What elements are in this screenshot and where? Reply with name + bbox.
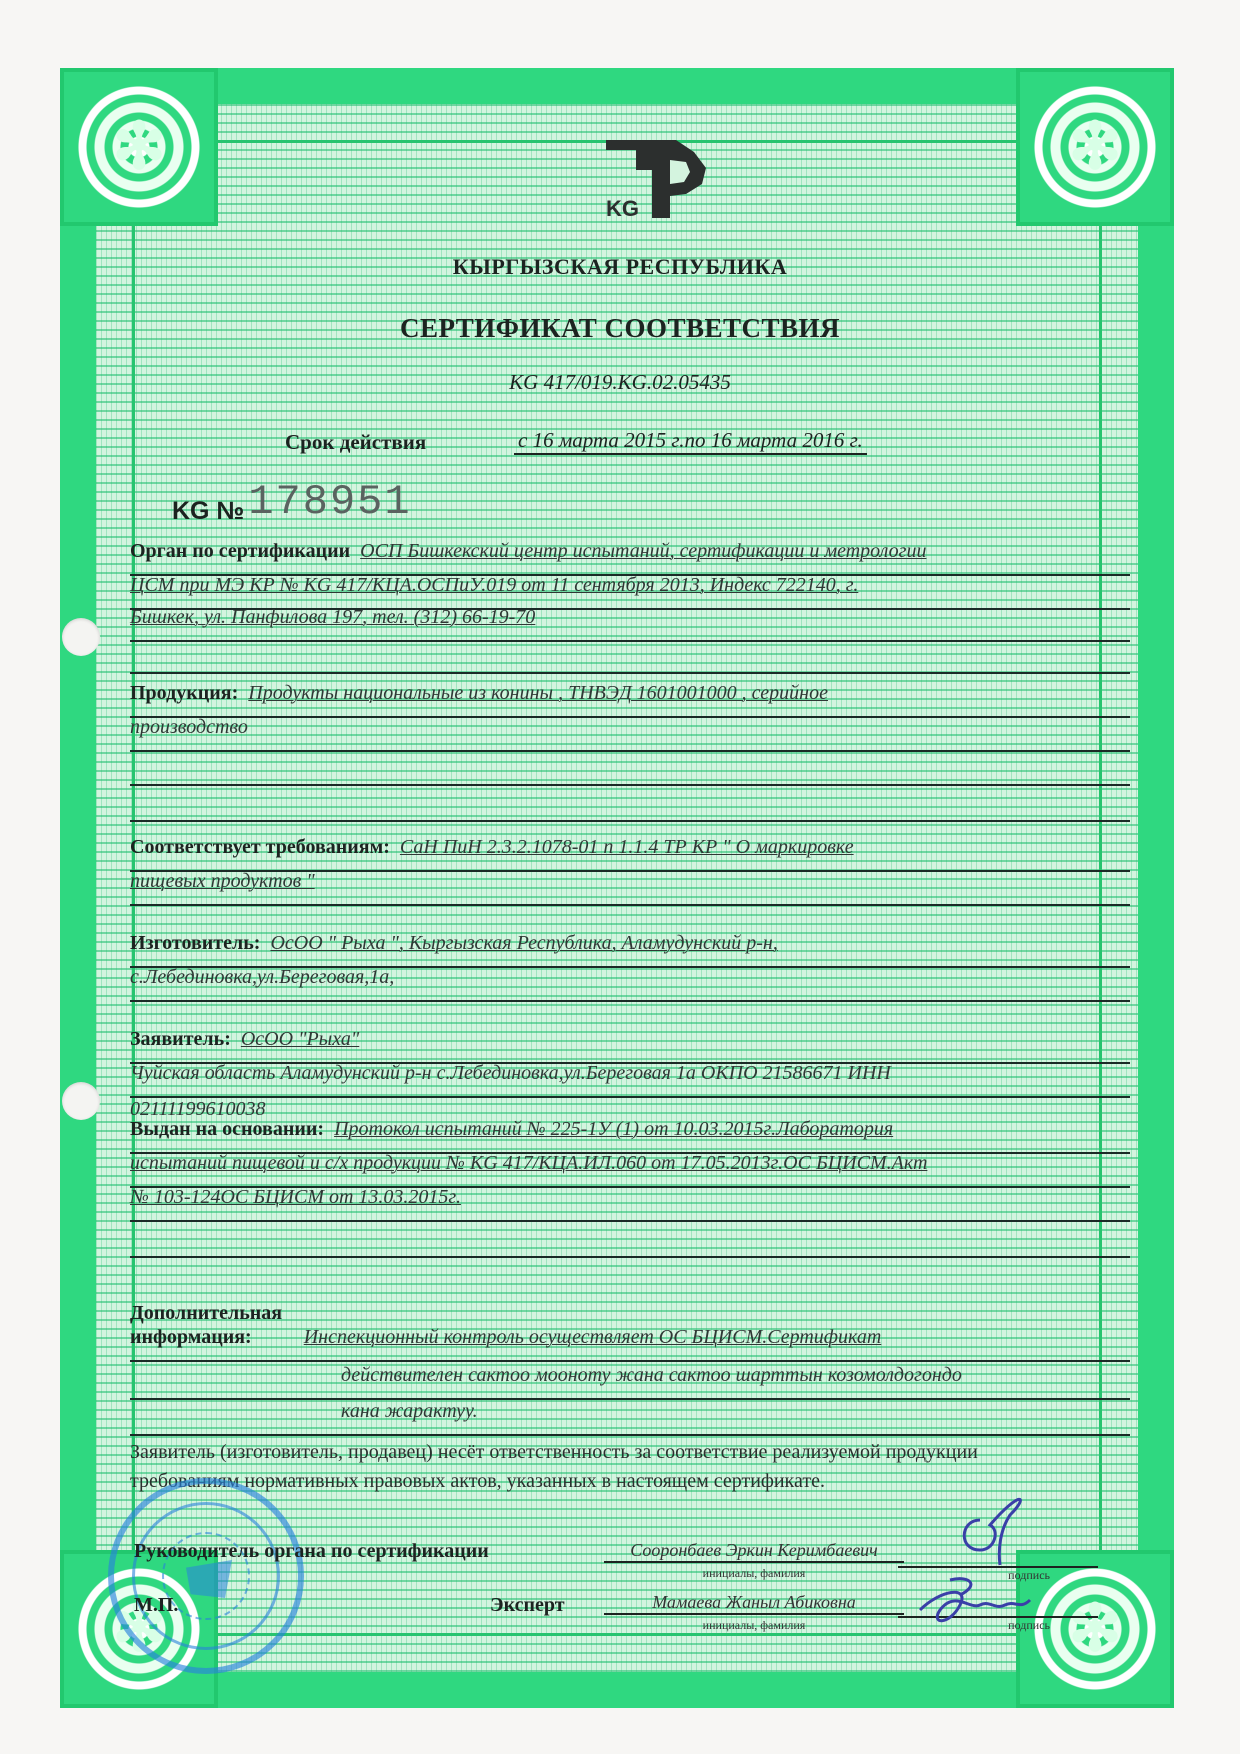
additional-info-line-1: информация: Инспекционный контроль осуще… <box>130 1326 1130 1362</box>
manufacturer-value: ОсОО " Рыха ", Кыргызская Республика, Ал… <box>270 932 777 954</box>
applicant-line-1: Заявитель: ОсОО "Рыха" <box>130 1028 1130 1064</box>
additional-info-line-2: действителен сактоо мооноту жана сактоо … <box>130 1364 1130 1400</box>
additional-info-value: Инспекционный контроль осуществляет ОС Б… <box>304 1326 882 1348</box>
expert-label: Эксперт <box>490 1594 565 1617</box>
additional-info-line-3: кана жарактуу. <box>130 1400 1130 1436</box>
blank-line <box>130 1222 1130 1258</box>
serial-prefix: KG № <box>172 497 244 525</box>
official-seal-stamp <box>108 1478 304 1674</box>
products-line-1: Продукция: Продукты национальные из кони… <box>130 682 1130 718</box>
issued-basis-line-2: испытаний пищевой и с/х продукции № KG 4… <box>130 1152 1130 1188</box>
expert-signature-icon <box>910 1570 1040 1640</box>
blank-line <box>130 638 1130 674</box>
svg-text:KG: KG <box>606 196 639 218</box>
manufacturer-label: Изготовитель: <box>130 932 260 954</box>
document-title: СЕРТИФИКАТ СООТВЕТСТВИЯ <box>0 313 1240 344</box>
issued-basis-value: Протокол испытаний № 225-1У (1) от 10.03… <box>334 1118 893 1140</box>
requirements-label: Соответствует требованиям: <box>130 836 390 858</box>
blank-line <box>130 786 1130 822</box>
validity-value: с 16 марта 2015 г.по 16 марта 2016 г. <box>514 428 867 455</box>
additional-info-label-2: информация: <box>130 1326 252 1348</box>
applicant-value: ОсОО "Рыха" <box>241 1028 359 1050</box>
country-title: КЫРГЫЗСКАЯ РЕСПУБЛИКА <box>0 254 1240 280</box>
head-label: Руководитель органа по сертификации <box>134 1540 489 1563</box>
manufacturer-line-2: с.Лебединовка,ул.Береговая,1а, <box>130 966 1130 1002</box>
issued-basis-line-1: Выдан на основании: Протокол испытаний №… <box>130 1118 1130 1154</box>
applicant-label: Заявитель: <box>130 1028 231 1050</box>
issued-basis-line-3: № 103-124ОС БЦИСМ от 13.03.2015г. <box>130 1186 1130 1222</box>
certification-body-label: Орган по сертификации <box>130 540 350 562</box>
certification-body-line-2: ЦСМ при МЭ КР № KG 417/КЦА.ОСПиУ.019 от … <box>130 574 1130 610</box>
validity-label: Срок действия <box>285 430 426 455</box>
certification-body-line-1: Орган по сертификации ОСП Бишкекский цен… <box>130 540 1130 576</box>
serial-number: 178951 <box>248 478 411 526</box>
blank-line <box>130 750 1130 786</box>
requirements-value: СаН ПиН 2.3.2.1078-01 п 1.1.4 ТР КР " О … <box>400 836 854 858</box>
issued-basis-label: Выдан на основании: <box>130 1118 324 1140</box>
products-label: Продукция: <box>130 682 238 704</box>
certificate-content: KG КЫРГЫЗСКАЯ РЕСПУБЛИКА СЕРТИФИКАТ СООТ… <box>0 0 1240 1754</box>
serial-number-block: KG № 178951 <box>172 478 412 526</box>
responsibility-notice: Заявитель (изготовитель, продавец) несёт… <box>130 1438 1030 1496</box>
applicant-line-2: Чуйская область Аламудунский р-н с.Лебед… <box>130 1062 1130 1098</box>
head-name: Сооронбаев Эркин Керимбаевич <box>604 1540 904 1563</box>
seal-label: М.П. <box>134 1594 178 1617</box>
head-signature-icon <box>950 1490 1040 1570</box>
expert-name: Мамаева Жаныл Абиковна <box>604 1592 904 1615</box>
additional-info-label-1: Дополнительная <box>130 1302 282 1325</box>
certification-body-value: ОСП Бишкекский центр испытаний, сертифик… <box>360 540 926 562</box>
certificate-number: KG 417/019.KG.02.05435 <box>0 370 1240 395</box>
manufacturer-line-1: Изготовитель: ОсОО " Рыха ", Кыргызская … <box>130 932 1130 968</box>
products-value: Продукты национальные из конины , ТНВЭД … <box>248 682 828 704</box>
certification-body-line-3: Бишкек, ул. Панфилова 197, тел. (312) 66… <box>130 606 1130 642</box>
products-line-2: производство <box>130 716 1130 752</box>
requirements-line-2: пищевых продуктов " <box>130 870 1130 906</box>
seal-emblem-icon <box>186 1560 232 1598</box>
requirements-line-1: Соответствует требованиям: СаН ПиН 2.3.2… <box>130 836 1130 872</box>
tr-kg-logo-icon: KG <box>606 140 706 218</box>
